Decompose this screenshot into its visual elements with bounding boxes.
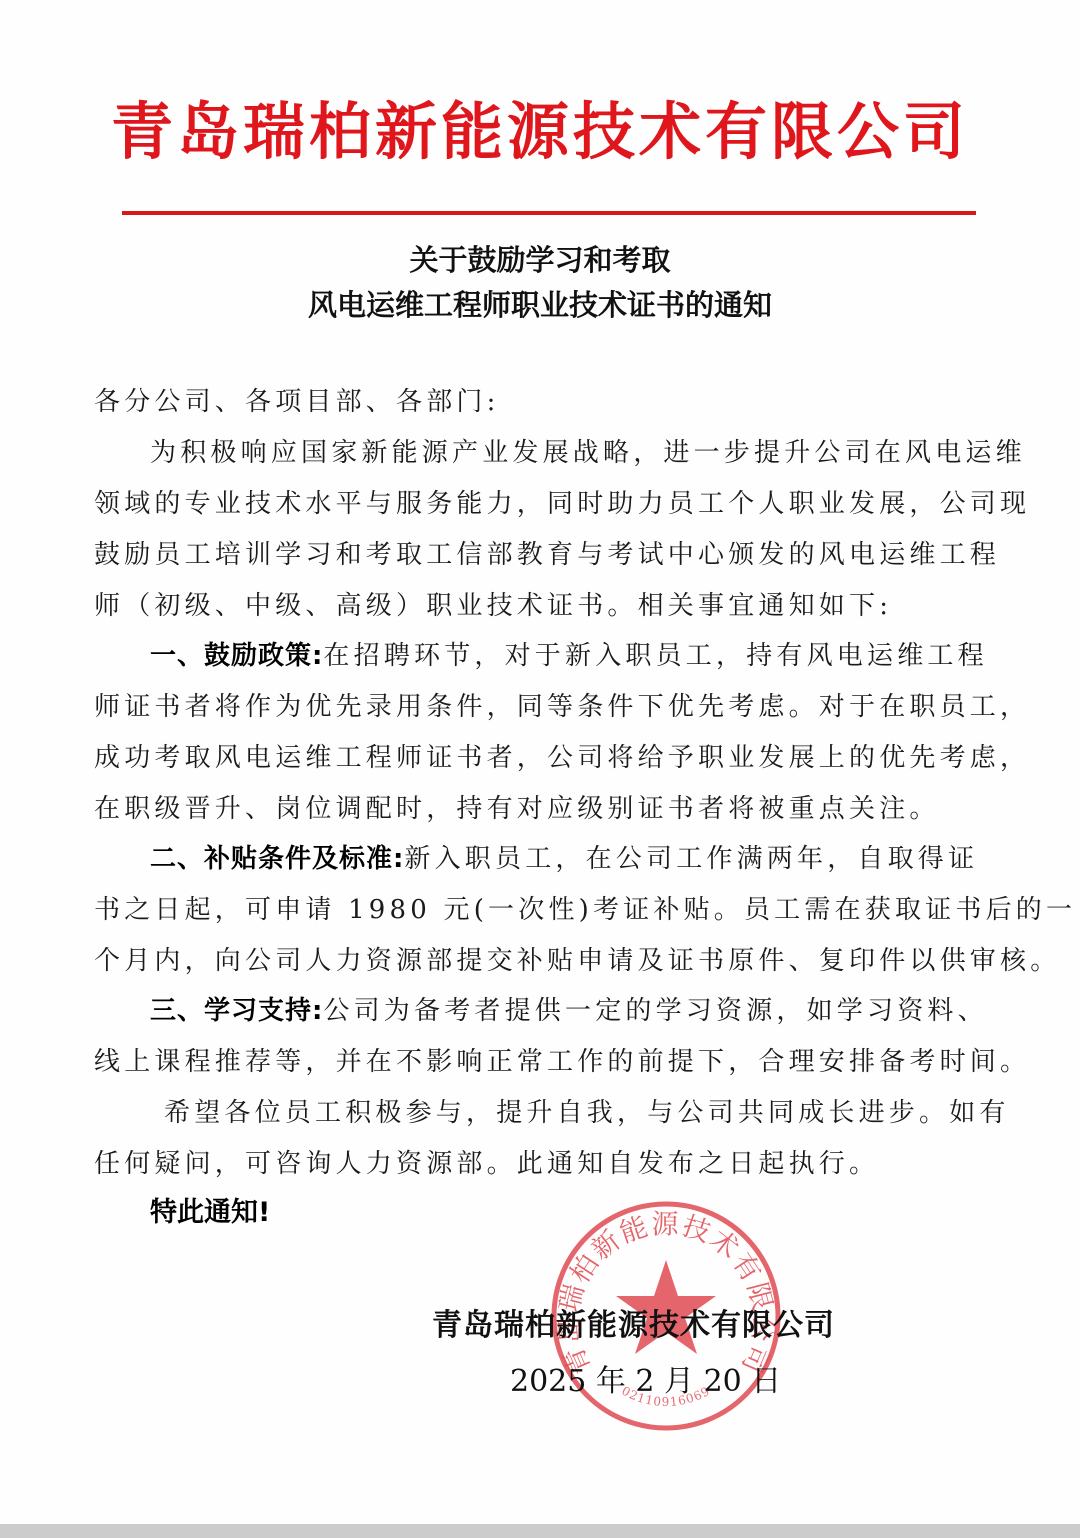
letterhead-divider: [122, 211, 976, 215]
section-subsidy-text: 新入职员工，在公司工作满两年，自取得证: [404, 844, 978, 874]
section-policy-text: 在招聘环节，对于新入职员工，持有风电运维工程: [323, 641, 987, 671]
section-support-line: 线上课程推荐等，并在不影响正常工作的前提下，合理安排备考时间。: [94, 1042, 988, 1082]
notice-title-line2: 风电运维工程师职业技术证书的通知: [0, 285, 1080, 325]
salutation: 各分公司、各项目部、各部门:: [94, 382, 988, 422]
section-policy-title: 一、鼓励政策:: [150, 641, 323, 671]
section-support-text: 公司为备考者提供一定的学习资源，如学习资料、: [323, 996, 987, 1026]
section-policy-line: 师证书者将作为优先录用条件，同等条件下优先考虑。对于在职员工，: [94, 687, 988, 727]
section-subsidy-title: 二、补贴条件及标准:: [150, 844, 404, 874]
section-subsidy-line: 二、补贴条件及标准:新入职员工，在公司工作满两年，自取得证: [150, 839, 988, 879]
intro-line: 师（初级、中级、高级）职业技术证书。相关事宜通知如下:: [94, 586, 988, 626]
closing-paragraph-line: 任何疑问，可咨询人力资源部。此通知自发布之日起执行。: [94, 1144, 988, 1184]
section-policy-line: 在职级晋升、岗位调配时，持有对应级别证书者将被重点关注。: [94, 789, 988, 829]
section-support-title: 三、学习支持:: [150, 996, 323, 1026]
bottom-scroll-edge: [0, 1524, 1080, 1538]
signature-date: 2025 年 2 月 20 日: [510, 1360, 781, 1404]
intro-line: 鼓励员工培训学习和考取工信部教育与考试中心颁发的风电运维工程: [94, 535, 988, 575]
notice-title-line1: 关于鼓励学习和考取: [0, 240, 1080, 280]
section-support-line: 三、学习支持:公司为备考者提供一定的学习资源，如学习资料、: [150, 991, 988, 1031]
intro-line: 领域的专业技术水平与服务能力，同时助力员工个人职业发展，公司现: [94, 484, 988, 524]
closing-paragraph-line: 希望各位员工积极参与，提升自我，与公司共同成长进步。如有: [164, 1093, 988, 1133]
section-subsidy-line: 个月内，向公司人力资源部提交补贴申请及证书原件、复印件以供审核。: [94, 941, 988, 981]
signature-company: 青岛瑞柏新能源技术有限公司: [432, 1304, 835, 1348]
letterhead-company-name: 青岛瑞柏新能源技术有限公司: [110, 92, 970, 172]
section-policy-line: 一、鼓励政策:在招聘环节，对于新入职员工，持有风电运维工程: [150, 636, 988, 676]
document-page: 青岛瑞柏新能源技术有限公司 关于鼓励学习和考取 风电运维工程师职业技术证书的通知…: [0, 0, 1080, 1524]
section-policy-line: 成功考取风电运维工程师证书者，公司将给予职业发展上的优先考虑，: [94, 738, 988, 778]
section-subsidy-line: 书之日起，可申请 1980 元(一次性)考证补贴。员工需在获取证书后的一: [94, 890, 988, 930]
closing-remark: 特此通知!: [150, 1193, 270, 1233]
intro-line: 为积极响应国家新能源产业发展战略，进一步提升公司在风电运维: [150, 433, 988, 473]
